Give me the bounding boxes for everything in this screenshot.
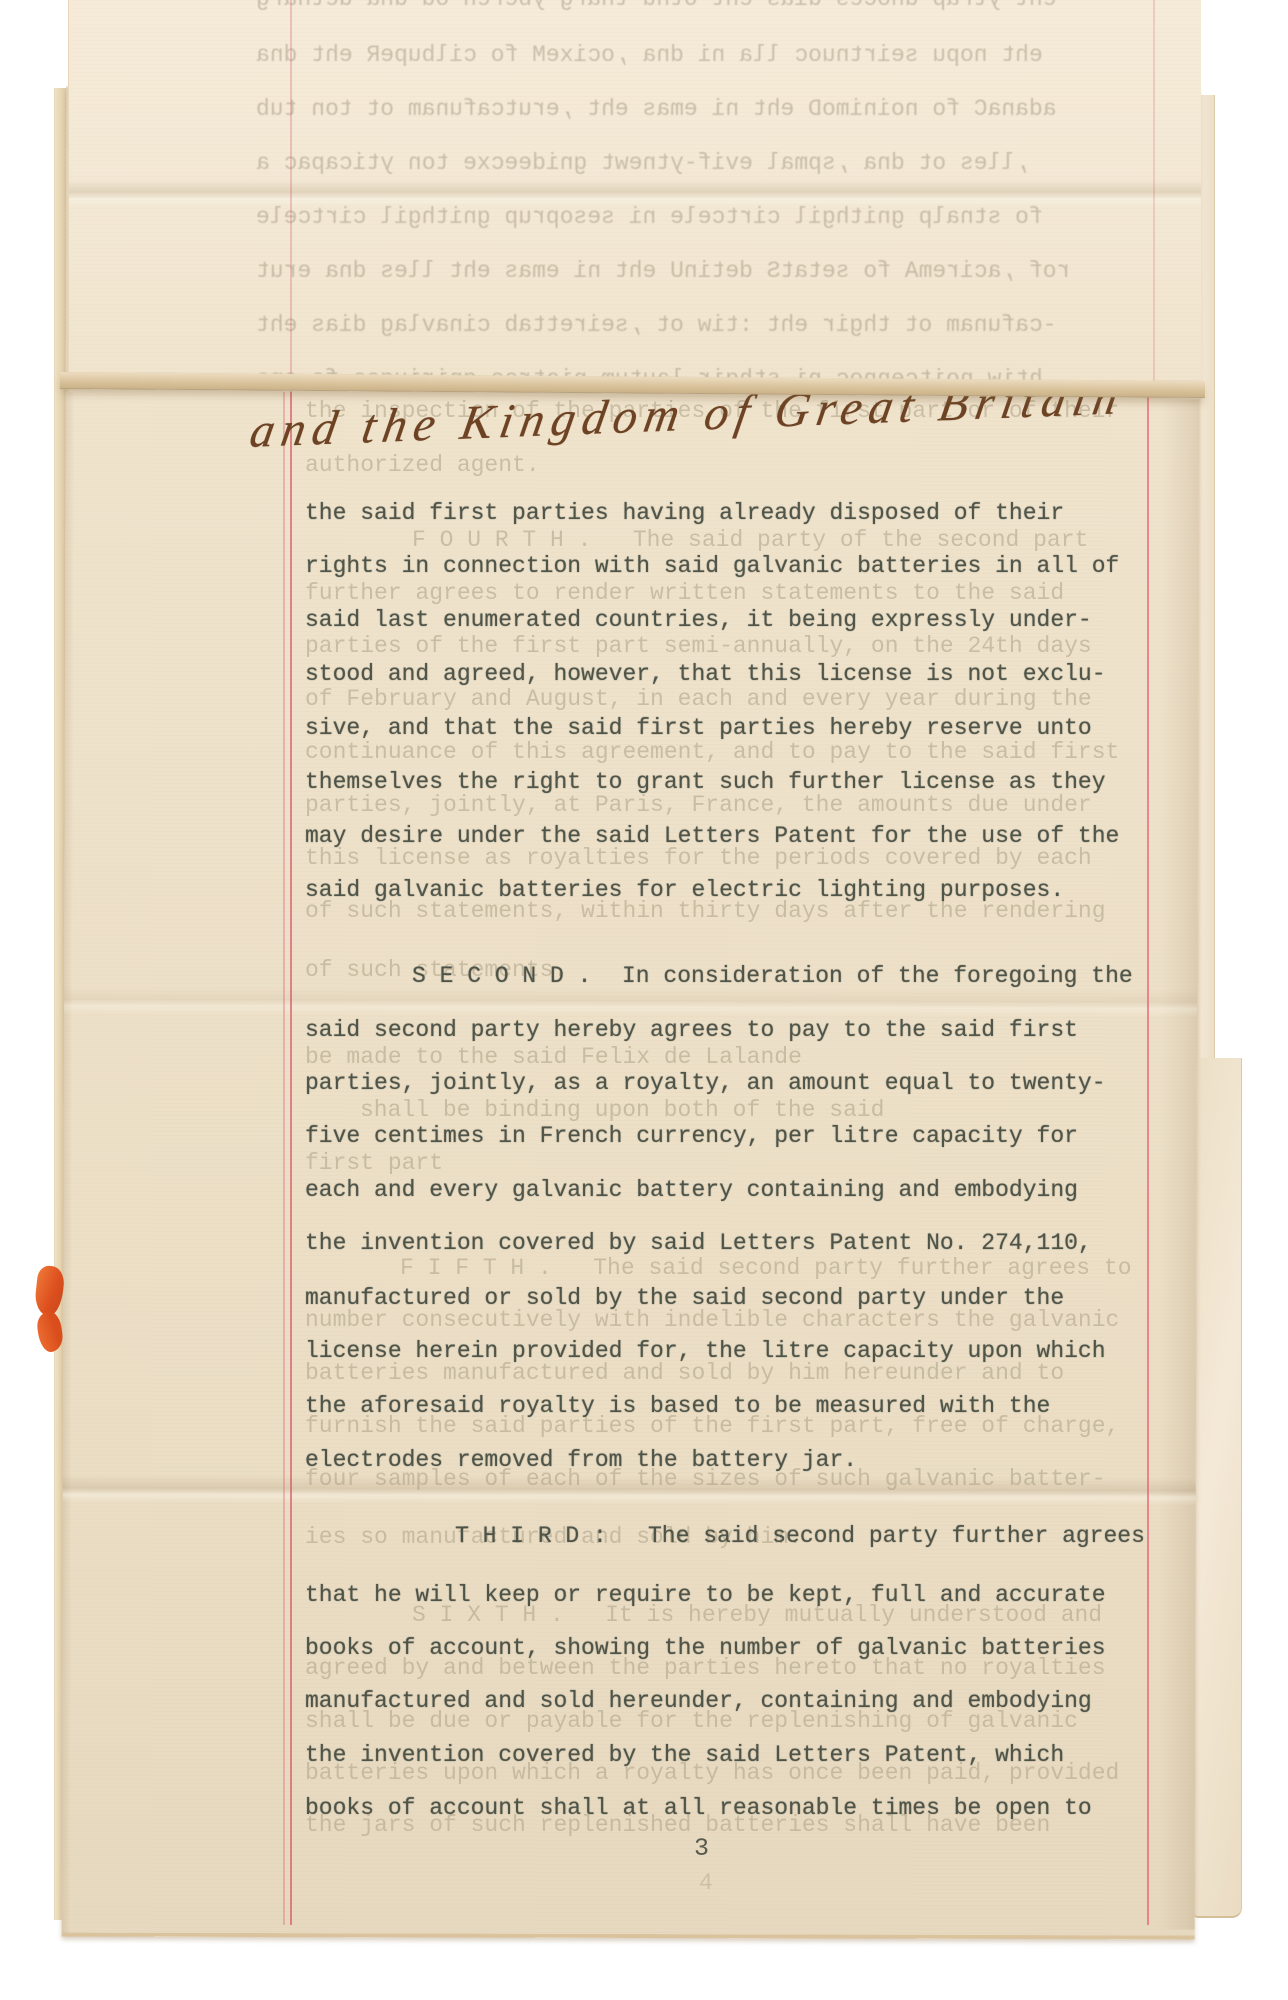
mirrored-show-through-line: fo stnalp gnithgil cirtcele ni sesoprup … — [256, 204, 1043, 230]
fold-crease — [63, 1475, 1196, 1506]
ruled-margin-line-left-inner — [290, 385, 292, 1925]
ruled-margin-line-left-outer — [283, 385, 285, 1925]
mirrored-show-through-line: adanaC fo noinimoD eht ni emas eht ,erut… — [256, 96, 1057, 122]
mirrored-show-through-line: rof ,aciremA fo setatS detinU eht ni ema… — [256, 258, 1070, 284]
right-curl-shadow — [1158, 399, 1199, 1929]
fold-crease — [64, 987, 1197, 1018]
mirrored-show-through-layer: eht ytrap dnoces dias eht otnu tnarg ybe… — [69, 0, 1201, 392]
page-number: 3 — [694, 1834, 709, 1863]
ruled-margin-line-left-on-leaf — [290, 0, 292, 392]
underlying-sheet-bottom-right-corner — [1194, 1058, 1242, 1918]
photograph-background: the inspection of the parties of the fir… — [0, 0, 1288, 2000]
folded-top-leaf: eht ytrap dnoces dias eht otnu tnarg ybe… — [68, 0, 1201, 392]
ruled-margin-line-right — [1147, 385, 1149, 1925]
mirrored-show-through-line: -cafunam ot thgir eht :tiw ot ,seirettab… — [256, 312, 1057, 338]
show-through-page-number: 4 — [699, 1870, 713, 1896]
mirrored-show-through-line: ,lles ot dna ,spmal evif-ytnewt gnideecx… — [256, 150, 1029, 176]
mirrored-show-through-line: eht nopu seirtnuoc lla ni dna ,ocixeM fo… — [256, 42, 1043, 68]
mirrored-show-through-line: eht ytrap dnoces dias eht otnu tnarg ybe… — [256, 0, 1057, 12]
ruled-margin-line-right-on-leaf — [1153, 0, 1155, 392]
